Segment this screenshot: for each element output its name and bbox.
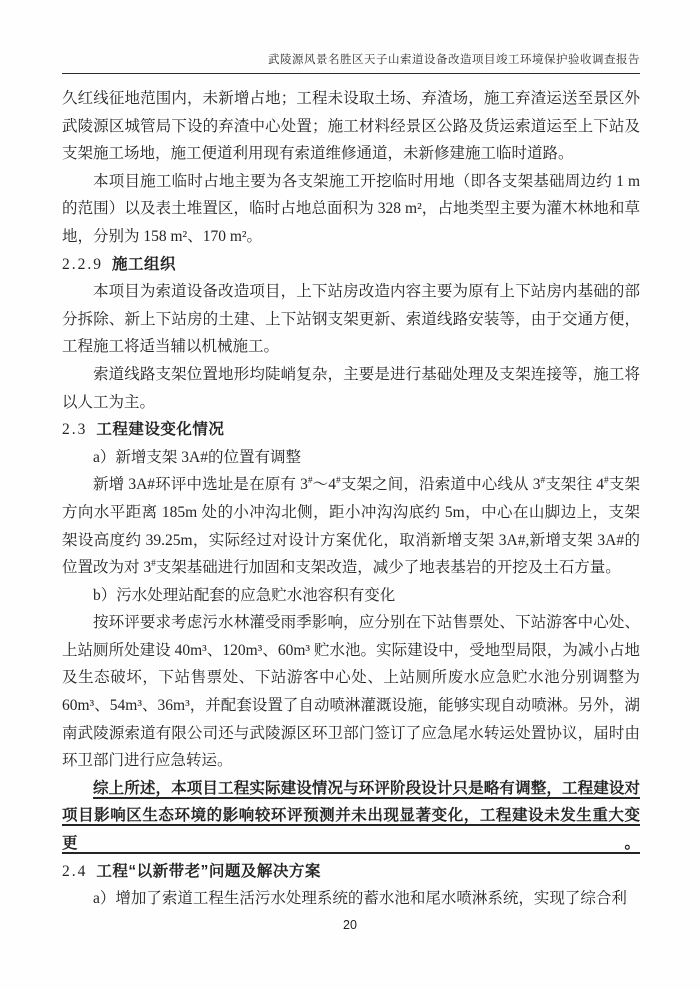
- heading-number: 2.2.9: [62, 256, 103, 273]
- heading-2-3: 2.3工程建设变化情况: [62, 416, 640, 444]
- header-running-title: 武陵源风景名胜区天子山索道设备改造项目竣工环境保护验收调查报告: [268, 54, 640, 66]
- heading-title: 施工组织: [112, 256, 176, 273]
- list-item-a-support-adjustment: a）新增支架 3A#的位置有调整: [62, 444, 640, 472]
- paragraph-storage-pond-details: 按环评要求考虑污水林灌受雨季影响，应分别在下站售票处、下站游客中心处、上站厕所处…: [62, 609, 640, 775]
- paragraph-land-use-continuation: 久红线征地范围内，未新增占地；工程未设取土场、弃渣场，施工弃渣运送至景区外武陵源…: [62, 85, 640, 168]
- heading-title: 工程建设变化情况: [96, 421, 224, 438]
- heading-number: 2.4: [62, 863, 87, 880]
- heading-2-4: 2.4工程“以新带老”问题及解决方案: [62, 858, 640, 886]
- document-body: 久红线征地范围内，未新增占地；工程未设取土场、弃渣场，施工弃渣运送至景区外武陵源…: [62, 85, 640, 913]
- page-footer: 20: [0, 918, 700, 932]
- paragraph-project-description: 本项目为索道设备改造项目，上下站房改造内容主要为原有上下站房内基础的部分拆除、新…: [62, 278, 640, 361]
- page-header: 武陵源风景名胜区天子山索道设备改造项目竣工环境保护验收调查报告: [62, 52, 640, 74]
- list-item-a-sewage-system: a）增加了索道工程生活污水处理系统的蓄水池和尾水喷淋系统，实现了综合利: [62, 885, 640, 913]
- page-number: 20: [343, 918, 357, 932]
- paragraph-support-location: 新增 3A#环评中选址是在原有 3#～4#支架之间，沿索道中心线从 3#支架往 …: [62, 471, 640, 581]
- heading-2-2-9: 2.2.9施工组织: [62, 251, 640, 279]
- paragraph-temporary-land: 本项目施工临时占地主要为各支架施工开挖临时用地（即各支架基础周边约 1 m 的范…: [62, 168, 640, 251]
- list-item-b-storage-pond: b）污水处理站配套的应急贮水池容积有变化: [62, 582, 640, 610]
- heading-number: 2.3: [62, 421, 87, 438]
- paragraph-conclusion-underlined: 综上所述，本项目工程实际建设情况与环评阶段设计只是略有调整，工程建设对项目影响区…: [62, 775, 640, 858]
- heading-title: 工程“以新带老”问题及解决方案: [96, 863, 321, 880]
- paragraph-manual-work: 索道线路支架位置地形均陡峭复杂，主要是进行基础处理及支架连接等，施工将以人工为主…: [62, 361, 640, 416]
- document-page: 武陵源风景名胜区天子山索道设备改造项目竣工环境保护验收调查报告 久红线征地范围内…: [0, 0, 700, 990]
